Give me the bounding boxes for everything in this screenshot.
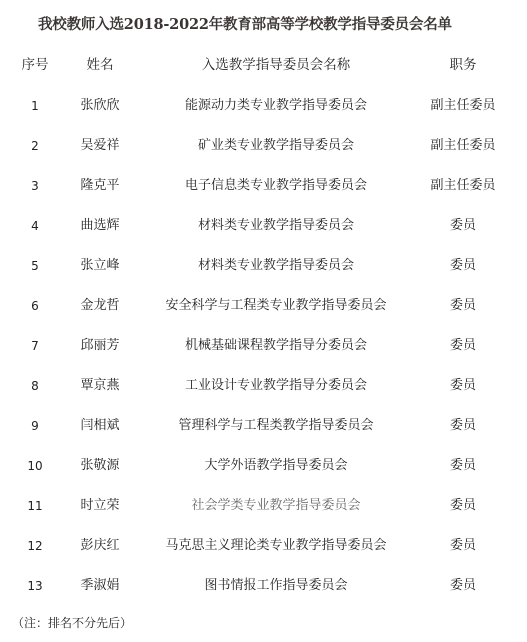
cell-role: 委员 [420,370,506,410]
table-row: 3 隆克平 电子信息类专业教学指导委员会 副主任委员 [0,170,527,210]
cell-name: 隆克平 [70,170,130,210]
cell-name: 吴爱祥 [70,130,130,170]
cell-role: 副主任委员 [420,130,506,170]
cell-no: 12 [10,530,60,570]
cell-name: 季淑娟 [70,570,130,610]
footnote: （注：排名不分先后） [12,614,132,631]
header-no: 序号 [10,50,60,90]
committee-table: 序号 姓名 入选教学指导委员会名称 职务 1 张欣欣 能源动力类专业教学指导委员… [0,50,527,610]
table-row: 4 曲选辉 材料类专业教学指导委员会 委员 [0,210,527,250]
cell-role: 委员 [420,330,506,370]
cell-role: 副主任委员 [420,170,506,210]
cell-no: 6 [10,290,60,330]
cell-name: 曲选辉 [70,210,130,250]
cell-role: 副主任委员 [420,90,506,130]
cell-no: 10 [10,450,60,490]
cell-no: 2 [10,130,60,170]
cell-committee: 图书情报工作指导委员会 [140,570,412,610]
cell-committee: 安全科学与工程类专业教学指导委员会 [140,290,412,330]
cell-committee: 管理科学与工程类教学指导委员会 [140,410,412,450]
table-row: 1 张欣欣 能源动力类专业教学指导委员会 副主任委员 [0,90,527,130]
table-row: 11 时立荣 社会学类专业教学指导委员会 委员 [0,490,527,530]
table-row: 2 吴爱祥 矿业类专业教学指导委员会 副主任委员 [0,130,527,170]
cell-role: 委员 [420,530,506,570]
cell-committee: 材料类专业教学指导委员会 [140,250,412,290]
cell-no: 4 [10,210,60,250]
cell-role: 委员 [420,250,506,290]
table-row: 10 张敬源 大学外语教学指导委员会 委员 [0,450,527,490]
table-header-row: 序号 姓名 入选教学指导委员会名称 职务 [0,50,527,90]
page-title: 我校教师入选2018-2022年教育部高等学校教学指导委员会名单 [38,13,438,34]
table-row: 9 闫相斌 管理科学与工程类教学指导委员会 委员 [0,410,527,450]
cell-name: 彭庆红 [70,530,130,570]
cell-no: 5 [10,250,60,290]
cell-role: 委员 [420,570,506,610]
cell-role: 委员 [420,410,506,450]
header-committee: 入选教学指导委员会名称 [140,50,412,90]
cell-role: 委员 [420,450,506,490]
table-row: 12 彭庆红 马克思主义理论类专业教学指导委员会 委员 [0,530,527,570]
header-name: 姓名 [70,50,130,90]
cell-no: 9 [10,410,60,450]
cell-committee: 能源动力类专业教学指导委员会 [140,90,412,130]
cell-name: 闫相斌 [70,410,130,450]
cell-committee: 材料类专业教学指导委员会 [140,210,412,250]
cell-name: 张欣欣 [70,90,130,130]
cell-name: 张敬源 [70,450,130,490]
cell-role: 委员 [420,290,506,330]
table-row: 6 金龙哲 安全科学与工程类专业教学指导委员会 委员 [0,290,527,330]
cell-name: 张立峰 [70,250,130,290]
cell-committee: 工业设计专业教学指导分委员会 [140,370,412,410]
cell-role: 委员 [420,490,506,530]
cell-committee: 社会学类专业教学指导委员会 [140,490,412,530]
table-row: 7 邱丽芳 机械基础课程教学指导分委员会 委员 [0,330,527,370]
cell-no: 7 [10,330,60,370]
cell-name: 时立荣 [70,490,130,530]
cell-name: 金龙哲 [70,290,130,330]
cell-committee: 矿业类专业教学指导委员会 [140,130,412,170]
cell-committee: 电子信息类专业教学指导委员会 [140,170,412,210]
cell-role: 委员 [420,210,506,250]
table-row: 5 张立峰 材料类专业教学指导委员会 委员 [0,250,527,290]
table-row: 8 覃京燕 工业设计专业教学指导分委员会 委员 [0,370,527,410]
cell-name: 邱丽芳 [70,330,130,370]
cell-no: 1 [10,90,60,130]
table-row: 13 季淑娟 图书情报工作指导委员会 委员 [0,570,527,610]
cell-committee: 大学外语教学指导委员会 [140,450,412,490]
cell-no: 13 [10,570,60,610]
cell-committee: 机械基础课程教学指导分委员会 [140,330,412,370]
cell-no: 11 [10,490,60,530]
header-role: 职务 [420,50,506,90]
cell-no: 3 [10,170,60,210]
cell-committee: 马克思主义理论类专业教学指导委员会 [140,530,412,570]
cell-name: 覃京燕 [70,370,130,410]
cell-no: 8 [10,370,60,410]
